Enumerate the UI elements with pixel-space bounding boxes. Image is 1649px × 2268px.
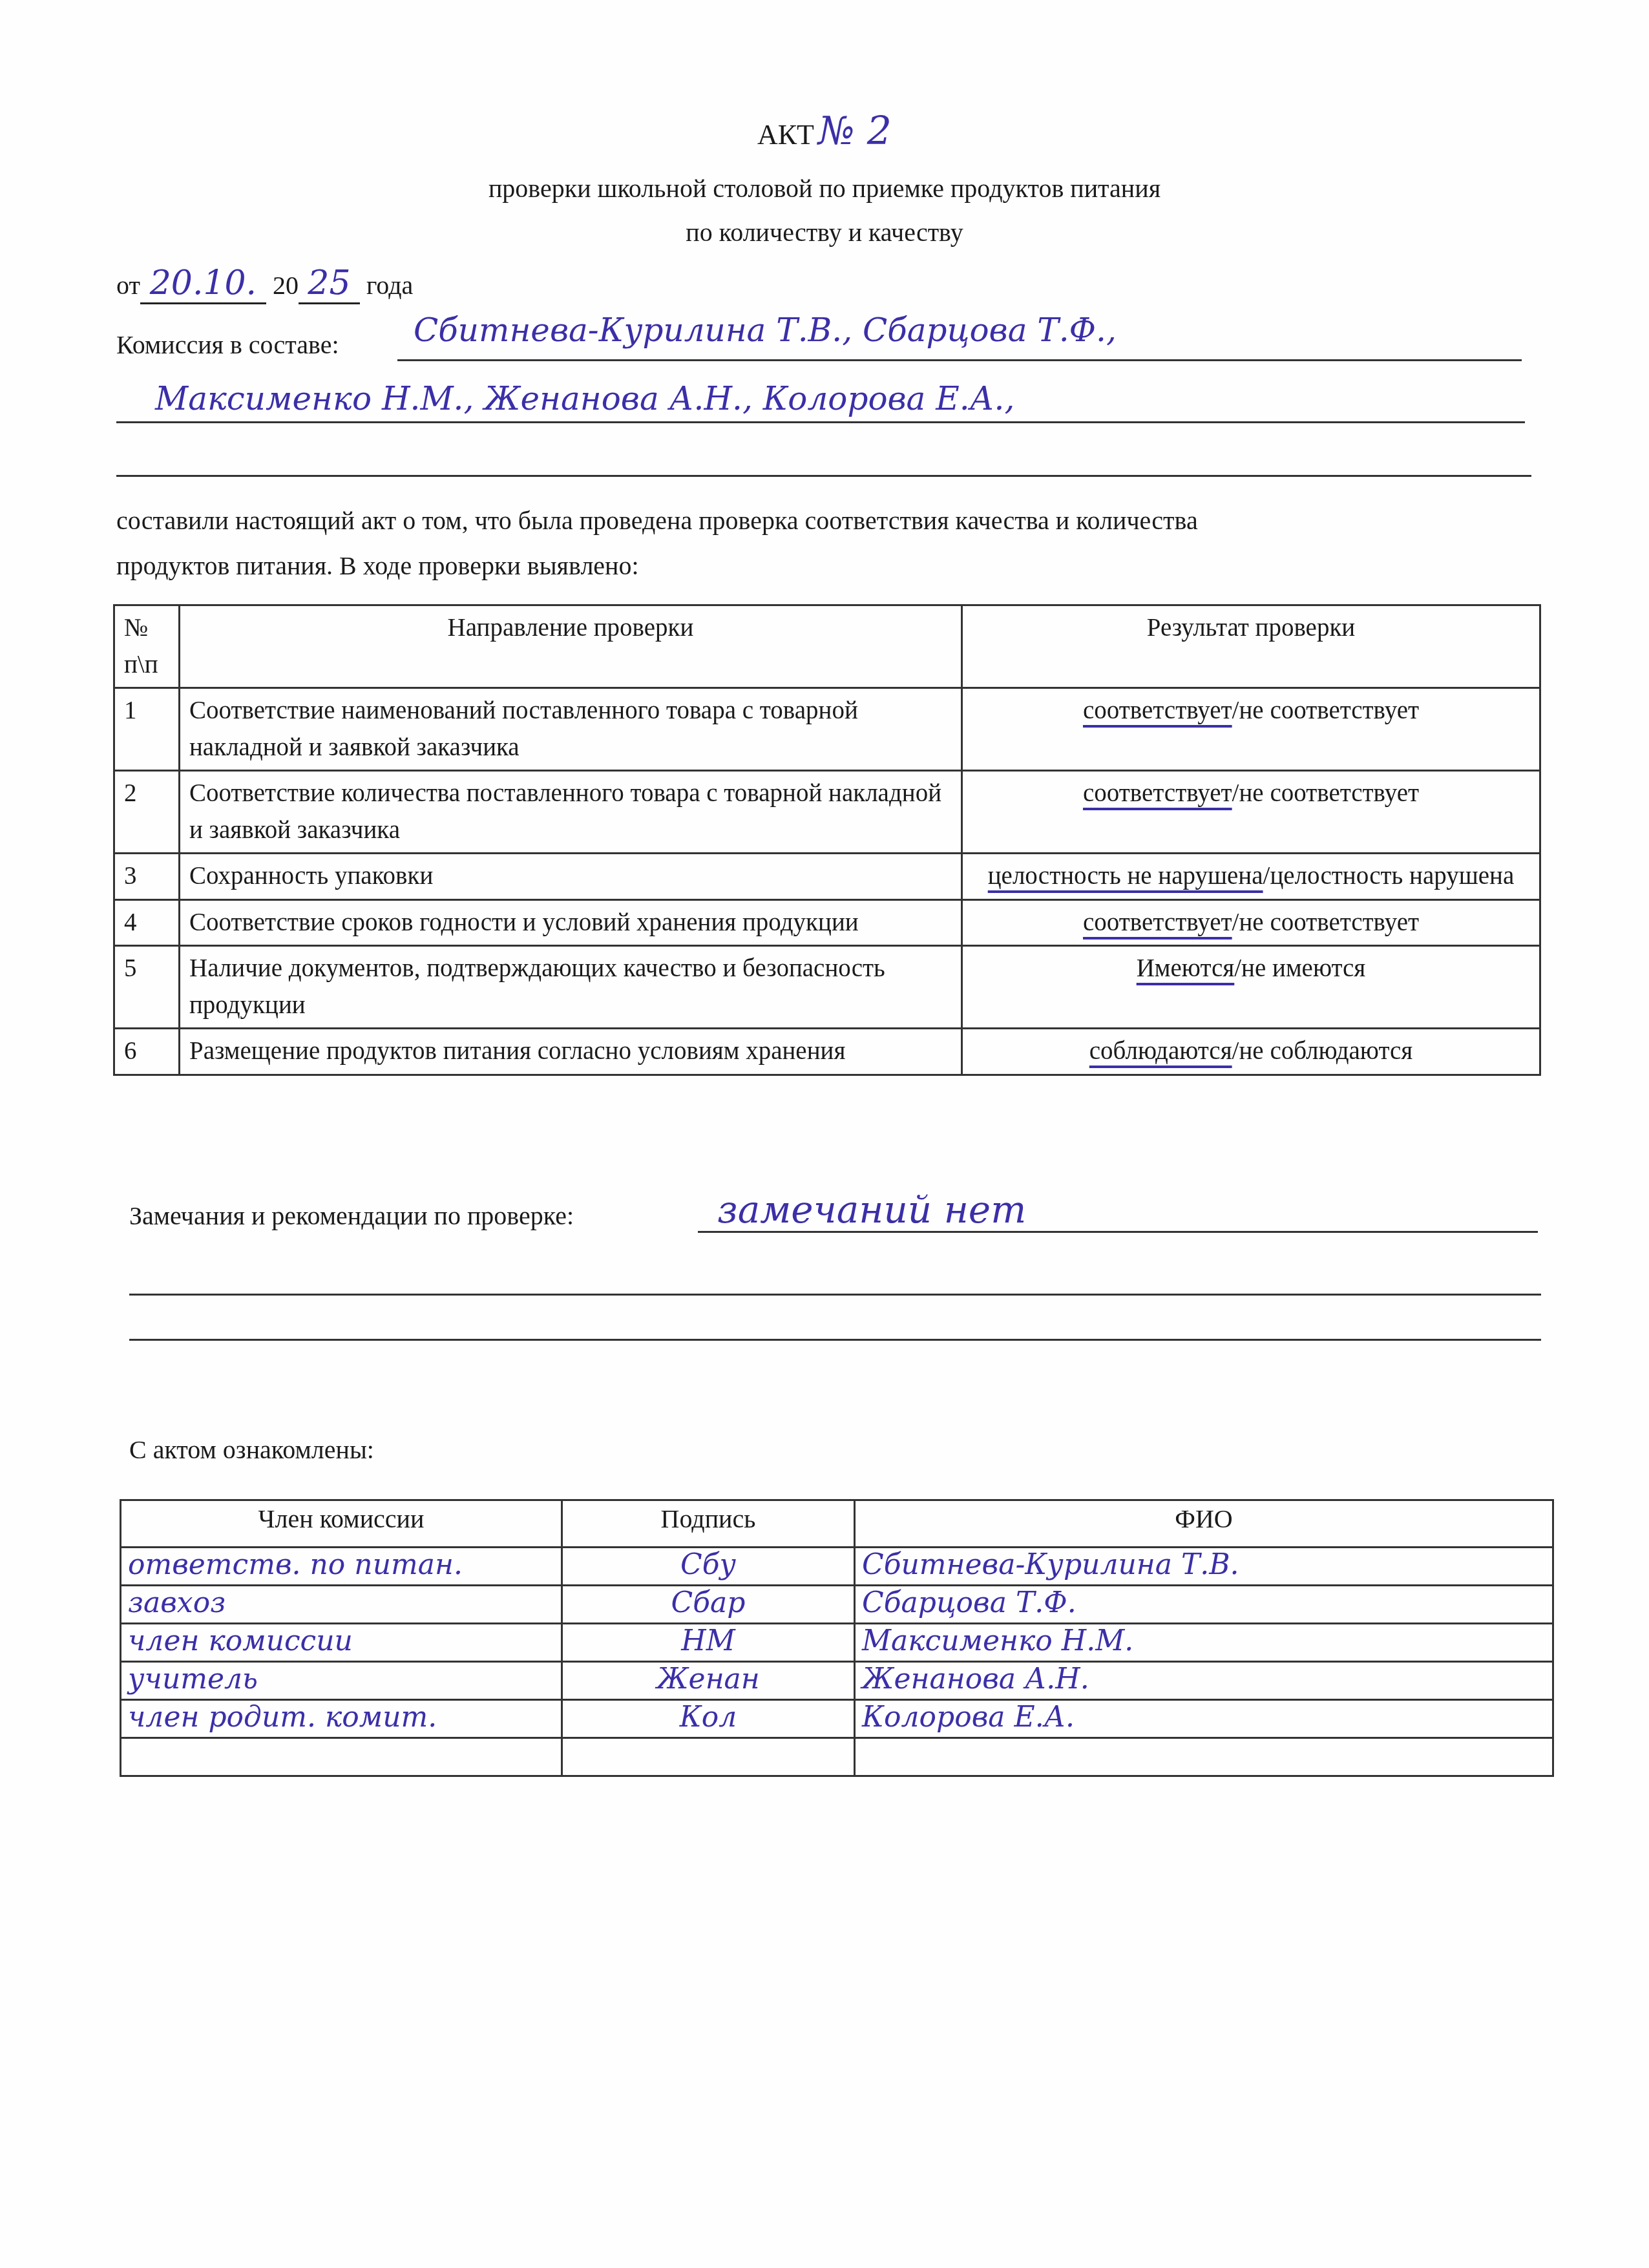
header-full-name: ФИО bbox=[855, 1500, 1553, 1548]
signatures-header-row: Член комиссии Подпись ФИО bbox=[121, 1500, 1553, 1548]
row-result: целостность не нарушена/целостность нару… bbox=[962, 854, 1540, 900]
member-signature[interactable]: Сбар bbox=[562, 1586, 855, 1624]
result-separator: / bbox=[1232, 908, 1239, 936]
row-direction: Наличие документов, подтверждающих качес… bbox=[180, 946, 962, 1029]
header-result: Результат проверки bbox=[962, 605, 1540, 688]
header-direction: Направление проверки bbox=[180, 605, 962, 688]
signature-row: член комиссииНММаксименко Н.М. bbox=[121, 1624, 1553, 1662]
member-signature[interactable]: НМ bbox=[562, 1624, 855, 1662]
intro-line-1: составили настоящий акт о том, что была … bbox=[116, 505, 1198, 536]
title-printed: АКТ bbox=[757, 119, 814, 151]
header-member: Член комиссии bbox=[121, 1500, 562, 1548]
row-direction: Соответствие сроков годности и условий х… bbox=[180, 899, 962, 946]
inspection-row: 4Соответствие сроков годности и условий … bbox=[114, 899, 1540, 946]
result-separator: / bbox=[1234, 954, 1241, 982]
result-selected-option[interactable]: целостность не нарушена bbox=[988, 862, 1263, 890]
result-separator: / bbox=[1232, 697, 1239, 724]
commission-members-line-1[interactable]: Сбитнева-Курилина Т.В., Сбарцова Т.Ф., bbox=[414, 311, 1117, 349]
remarks-handwritten[interactable]: замечаний нет bbox=[717, 1188, 1026, 1232]
signature-row: член родит. комит.КолКолорова Е.А. bbox=[121, 1700, 1553, 1738]
row-number: 5 bbox=[114, 946, 180, 1029]
header-signature: Подпись bbox=[562, 1500, 855, 1548]
signature-row: учительЖенанЖенанова А.Н. bbox=[121, 1662, 1553, 1700]
row-direction: Сохранность упаковки bbox=[180, 854, 962, 900]
member-full-name[interactable]: Максименко Н.М. bbox=[855, 1624, 1553, 1662]
commission-rule-3 bbox=[116, 475, 1531, 477]
acknowledged-label: С актом ознакомлены: bbox=[129, 1434, 374, 1465]
result-other-option[interactable]: целостность нарушена bbox=[1270, 862, 1514, 890]
row-result: соответствует/не соответствует bbox=[962, 688, 1540, 771]
date-day-month[interactable]: 20.10. bbox=[140, 264, 266, 304]
member-full-name[interactable]: Женанова А.Н. bbox=[855, 1662, 1553, 1700]
result-other-option[interactable]: не имеются bbox=[1241, 954, 1365, 982]
row-direction: Соответствие наименований поставленного … bbox=[180, 688, 962, 771]
member-signature[interactable] bbox=[562, 1738, 855, 1776]
member-role[interactable]: член комиссии bbox=[121, 1624, 562, 1662]
row-result: соответствует/не соответствует bbox=[962, 771, 1540, 854]
date-century: 20 bbox=[273, 271, 299, 300]
result-other-option[interactable]: не соответствует bbox=[1239, 779, 1419, 807]
signatures-table: Член комиссии Подпись ФИО ответств. по п… bbox=[120, 1499, 1554, 1777]
subtitle-line-1: проверки школьной столовой по приемке пр… bbox=[0, 173, 1649, 204]
commission-rule-2 bbox=[116, 421, 1525, 423]
inspection-header-row: № п\п Направление проверки Результат про… bbox=[114, 605, 1540, 688]
row-result: Имеются/не имеются bbox=[962, 946, 1540, 1029]
signature-row bbox=[121, 1738, 1553, 1776]
document-title: АКТ№ 2 bbox=[0, 109, 1649, 154]
subtitle-line-2: по количеству и качеству bbox=[0, 217, 1649, 247]
date-prefix: от bbox=[116, 271, 140, 300]
result-separator: / bbox=[1263, 862, 1270, 890]
result-selected-option[interactable]: соблюдаются bbox=[1089, 1037, 1232, 1065]
member-role[interactable]: учитель bbox=[121, 1662, 562, 1700]
result-selected-option[interactable]: Имеются bbox=[1137, 954, 1235, 982]
member-signature[interactable]: Женан bbox=[562, 1662, 855, 1700]
commission-label: Комиссия в составе: bbox=[116, 330, 339, 360]
inspection-table: № п\п Направление проверки Результат про… bbox=[113, 604, 1541, 1076]
row-result: соответствует/не соответствует bbox=[962, 899, 1540, 946]
member-full-name[interactable] bbox=[855, 1738, 1553, 1776]
scanned-page: АКТ№ 2 проверки школьной столовой по при… bbox=[0, 0, 1649, 2268]
member-full-name[interactable]: Колорова Е.А. bbox=[855, 1700, 1553, 1738]
row-number: 4 bbox=[114, 899, 180, 946]
result-separator: / bbox=[1232, 1037, 1239, 1065]
intro-line-2: продуктов питания. В ходе проверки выявл… bbox=[116, 551, 639, 581]
inspection-row: 3Сохранность упаковкицелостность не нару… bbox=[114, 854, 1540, 900]
member-role[interactable] bbox=[121, 1738, 562, 1776]
member-full-name[interactable]: Сбитнева-Курилина Т.В. bbox=[855, 1548, 1553, 1586]
remarks-rule-2 bbox=[129, 1294, 1541, 1296]
result-selected-option[interactable]: соответствует bbox=[1083, 697, 1232, 724]
member-signature[interactable]: Кол bbox=[562, 1700, 855, 1738]
commission-rule-1 bbox=[397, 359, 1522, 361]
member-signature[interactable]: Сбу bbox=[562, 1548, 855, 1586]
result-other-option[interactable]: не соблюдаются bbox=[1239, 1037, 1413, 1065]
member-full-name[interactable]: Сбарцова Т.Ф. bbox=[855, 1586, 1553, 1624]
inspection-row: 5Наличие документов, подтверждающих каче… bbox=[114, 946, 1540, 1029]
signature-row: ответств. по питан.СбуСбитнева-Курилина … bbox=[121, 1548, 1553, 1586]
result-other-option[interactable]: не соответствует bbox=[1239, 697, 1419, 724]
member-role[interactable]: член родит. комит. bbox=[121, 1700, 562, 1738]
row-number: 6 bbox=[114, 1029, 180, 1075]
row-number: 2 bbox=[114, 771, 180, 854]
inspection-row: 6Размещение продуктов питания согласно у… bbox=[114, 1029, 1540, 1075]
result-separator: / bbox=[1232, 779, 1239, 807]
row-result: соблюдаются/не соблюдаются bbox=[962, 1029, 1540, 1075]
date-line: от20.10. 2025 года bbox=[116, 264, 413, 304]
result-selected-option[interactable]: соответствует bbox=[1083, 779, 1232, 807]
inspection-row: 1Соответствие наименований поставленного… bbox=[114, 688, 1540, 771]
result-other-option[interactable]: не соответствует bbox=[1239, 908, 1419, 936]
row-direction: Соответствие количества поставленного то… bbox=[180, 771, 962, 854]
inspection-row: 2Соответствие количества поставленного т… bbox=[114, 771, 1540, 854]
date-suffix: года bbox=[366, 271, 413, 300]
act-number-handwritten: № 2 bbox=[818, 109, 892, 154]
row-number: 1 bbox=[114, 688, 180, 771]
member-role[interactable]: завхоз bbox=[121, 1586, 562, 1624]
row-number: 3 bbox=[114, 854, 180, 900]
commission-members-line-2[interactable]: Максименко Н.М., Женанова А.Н., Колорова… bbox=[155, 380, 1014, 417]
remarks-label: Замечания и рекомендации по проверке: bbox=[129, 1201, 574, 1231]
header-number: № п\п bbox=[114, 605, 180, 688]
remarks-rule-3 bbox=[129, 1339, 1541, 1341]
result-selected-option[interactable]: соответствует bbox=[1083, 908, 1232, 936]
row-direction: Размещение продуктов питания согласно ус… bbox=[180, 1029, 962, 1075]
signature-row: завхозСбарСбарцова Т.Ф. bbox=[121, 1586, 1553, 1624]
member-role[interactable]: ответств. по питан. bbox=[121, 1548, 562, 1586]
date-year[interactable]: 25 bbox=[299, 264, 360, 304]
